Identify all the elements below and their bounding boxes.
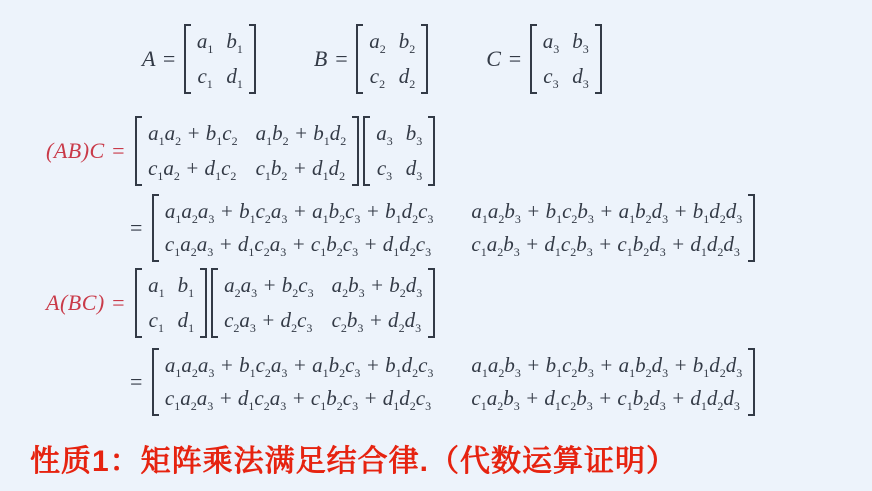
- matrix-c-cells: a3 b3 c3 d3: [537, 24, 595, 94]
- matrix-cell: a1: [148, 273, 165, 298]
- matrix-cell: c3: [377, 156, 392, 181]
- slide: A = a1 b1 c1 d1 B = a2 b2 c2: [0, 0, 872, 491]
- matrix-bc-cells: a2a3 + b2c3 a2b3 + b2d3 c2a3 + d2c3 c2b3…: [218, 268, 428, 338]
- bca-label: A(BC) =: [46, 290, 126, 316]
- definition-a: A = a1 b1 c1 d1: [142, 24, 258, 94]
- matrix-cell: c1a2b3 + d1c2b3 + c1b2d3 + d1d2d3: [471, 232, 740, 257]
- matrix-b-cells: a2 b2 c2 d2: [363, 24, 421, 94]
- matrix-ab: a1a2 + b1c2 a1b2 + b1d2 c1a2 + d1c2 c1b2…: [135, 116, 359, 186]
- bracket-right: [748, 348, 755, 416]
- matrix-ab-cells: a1a2 + b1c2 a1b2 + b1d2 c1a2 + d1c2 c1b2…: [142, 116, 352, 186]
- bracket-right: [249, 24, 256, 94]
- matrix-cell: d3: [572, 64, 589, 89]
- bracket-right: [748, 194, 755, 262]
- matrix-a-factor-cells: a1 b1 c1 d1: [142, 268, 200, 338]
- matrix-cell: a1b2 + b1d2: [256, 121, 347, 146]
- matrix-cell: a1a2b3 + b1c2b3 + a1b2d3 + b1d2d3: [471, 199, 742, 224]
- matrix-cell: a2: [369, 29, 386, 54]
- matrix-cell: a3: [376, 121, 393, 146]
- bracket-left: [356, 24, 363, 94]
- equation-bca-product: A(BC) = a1 b1 c1 d1 a2a3 + b2c3 a2b3 + b…: [46, 268, 437, 338]
- bracket-left: [530, 24, 537, 94]
- equation-abc-expanded: = a1a2a3 + b1c2a3 + a1b2c3 + b1d2c3 a1a2…: [130, 194, 757, 262]
- matrix-cell: d3: [406, 156, 423, 181]
- matrix-cell: c2: [370, 64, 385, 89]
- bracket-left: [211, 268, 218, 338]
- bracket-right: [352, 116, 359, 186]
- bracket-left: [152, 194, 159, 262]
- matrix-cell: b3: [406, 121, 423, 146]
- definition-a-label: A =: [142, 46, 177, 72]
- matrix-cell: d2: [399, 64, 416, 89]
- abc-label: (AB)C =: [46, 138, 126, 164]
- matrix-a: a1 b1 c1 d1: [184, 24, 256, 94]
- matrix-c-factor-cells: a3 b3 c3 d3: [370, 116, 428, 186]
- matrix-cell: c2a3 + d2c3: [224, 308, 312, 333]
- matrix-abc-result: a1a2a3 + b1c2a3 + a1b2c3 + b1d2c3 a1a2b3…: [152, 194, 755, 262]
- matrix-definitions-row: A = a1 b1 c1 d1 B = a2 b2 c2: [142, 24, 604, 94]
- matrix-cell: a1a2a3 + b1c2a3 + a1b2c3 + b1d2c3: [165, 353, 434, 378]
- definition-b: B = a2 b2 c2 d2: [314, 24, 430, 94]
- definition-c: C = a3 b3 c3 d3: [486, 24, 604, 94]
- bracket-left: [152, 348, 159, 416]
- matrix-a-factor: a1 b1 c1 d1: [135, 268, 207, 338]
- bracket-right: [200, 268, 207, 338]
- matrix-cell: c1: [197, 64, 212, 89]
- matrix-cell: a2b3 + b2d3: [332, 273, 423, 298]
- matrix-cell: d1: [226, 64, 243, 89]
- matrix-c: a3 b3 c3 d3: [530, 24, 602, 94]
- matrix-cell: b1: [178, 273, 195, 298]
- matrix-cell: c1a2a3 + d1c2a3 + c1b2c3 + d1d2c3: [165, 386, 431, 411]
- matrix-cell: a3: [543, 29, 560, 54]
- matrix-cell: c1b2 + d1d2: [256, 156, 346, 181]
- definition-c-label: C =: [486, 46, 523, 72]
- matrix-a-cells: a1 b1 c1 d1: [191, 24, 249, 94]
- matrix-cell: a1a2b3 + b1c2b3 + a1b2d3 + b1d2d3: [471, 353, 742, 378]
- matrix-bca-result-cells: a1a2a3 + b1c2a3 + a1b2c3 + b1d2c3 a1a2b3…: [159, 348, 748, 416]
- matrix-b: a2 b2 c2 d2: [356, 24, 428, 94]
- bracket-left: [135, 116, 142, 186]
- bracket-left: [363, 116, 370, 186]
- bracket-right: [428, 268, 435, 338]
- matrix-cell: b1: [226, 29, 243, 54]
- matrix-bc: a2a3 + b2c3 a2b3 + b2d3 c2a3 + d2c3 c2b3…: [211, 268, 435, 338]
- bracket-right: [421, 24, 428, 94]
- matrix-cell: c3: [543, 64, 558, 89]
- matrix-cell: c1a2a3 + d1c2a3 + c1b2c3 + d1d2c3: [165, 232, 431, 257]
- matrix-cell: d1: [178, 308, 195, 333]
- bracket-right: [595, 24, 602, 94]
- matrix-cell: a1a2 + b1c2: [148, 121, 238, 146]
- definition-b-label: B =: [314, 46, 349, 72]
- matrix-cell: c1a2b3 + d1c2b3 + c1b2d3 + d1d2d3: [471, 386, 740, 411]
- equals-sign: =: [130, 215, 143, 241]
- matrix-c-factor: a3 b3 c3 d3: [363, 116, 435, 186]
- matrix-cell: c1: [149, 308, 164, 333]
- property-title: 性质1：矩阵乘法满足结合律.（代数运算证明）: [30, 436, 677, 480]
- bracket-left: [184, 24, 191, 94]
- matrix-cell: b3: [572, 29, 589, 54]
- equation-abc-product: (AB)C = a1a2 + b1c2 a1b2 + b1d2 c1a2 + d…: [46, 116, 437, 186]
- bracket-right: [428, 116, 435, 186]
- bracket-left: [135, 268, 142, 338]
- matrix-cell: a1: [197, 29, 214, 54]
- equals-sign: =: [130, 369, 143, 395]
- matrix-cell: c2b3 + d2d3: [332, 308, 422, 333]
- matrix-cell: c1a2 + d1c2: [148, 156, 236, 181]
- matrix-bca-result: a1a2a3 + b1c2a3 + a1b2c3 + b1d2c3 a1a2b3…: [152, 348, 755, 416]
- matrix-cell: a1a2a3 + b1c2a3 + a1b2c3 + b1d2c3: [165, 199, 434, 224]
- matrix-abc-result-cells: a1a2a3 + b1c2a3 + a1b2c3 + b1d2c3 a1a2b3…: [159, 194, 748, 262]
- matrix-cell: b2: [399, 29, 416, 54]
- matrix-cell: a2a3 + b2c3: [224, 273, 314, 298]
- equation-bca-expanded: = a1a2a3 + b1c2a3 + a1b2c3 + b1d2c3 a1a2…: [130, 348, 757, 416]
